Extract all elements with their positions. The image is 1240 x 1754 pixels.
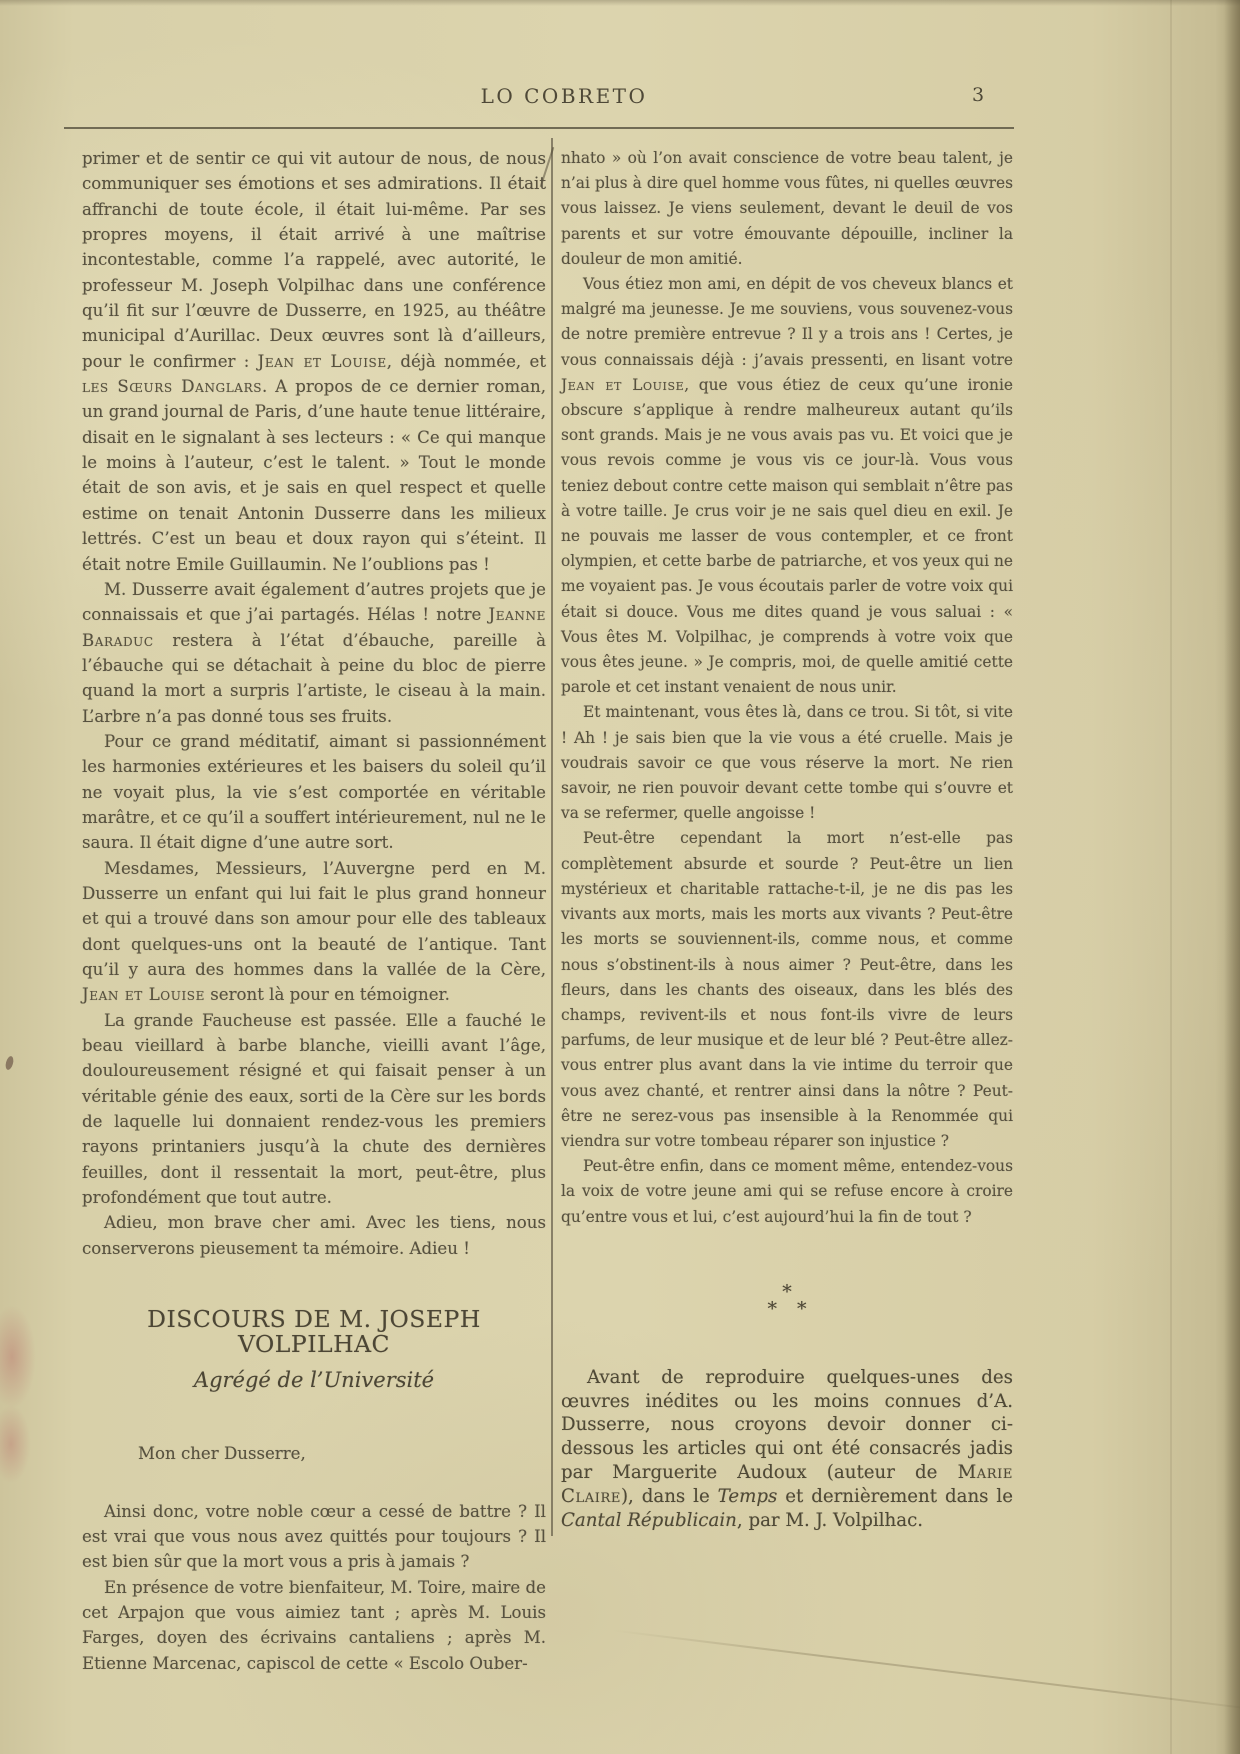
body-paragraph: Peut-être cependant la mort n’est-elle p… [561,826,1013,1154]
paper-stain [0,1398,34,1490]
discourse-subheading: Agrégé de l’Université [82,1368,546,1393]
body-paragraph: Pour ce grand méditatif, aimant si passi… [82,729,546,856]
body-paragraph: nhato » où l’on avait conscience de votr… [561,146,1013,272]
body-paragraph: Et maintenant, vous êtes là, dans ce tro… [561,700,1013,826]
body-paragraph: La grande Faucheuse est passée. Elle a f… [82,1008,546,1211]
diagonal-crease [612,1629,1240,1716]
page-number: 3 [972,84,984,106]
body-paragraph: Mesdames, Messieurs, l’Auvergne perd en … [82,856,546,1008]
ink-speck [4,1055,14,1070]
asterisk-separator: * * * [561,1284,1013,1318]
publication-title: LO COBRETO [0,84,1128,108]
body-paragraph: En présence de votre bienfaiteur, M. Toi… [82,1575,546,1676]
top-edge-shadow [0,0,1240,6]
body-paragraph: Ainsi donc, votre noble cœur a cessé de … [82,1499,546,1575]
page-edge-shadow [1224,0,1240,1754]
body-paragraph: Peut-être enfin, dans ce moment même, en… [561,1154,1013,1230]
right-column: nhato » où l’on avait conscience de votr… [561,146,1013,1532]
outro-paragraph: Avant de reproduire quelques-unes des œu… [561,1366,1013,1533]
body-paragraph: primer et de sentir ce qui vit autour de… [82,146,546,577]
body-paragraph: Vous étiez mon ami, en dépit de vos chev… [561,272,1013,700]
header-rule [64,127,1014,129]
asterisk-separator-bottom: * * [561,1301,1013,1318]
column-divider [551,138,553,1536]
body-paragraph: Adieu, mon brave cher ami. Avec les tien… [82,1210,546,1261]
discourse-heading: DISCOURS DE M. JOSEPH VOLPILHAC [82,1307,546,1358]
salutation: Mon cher Dusserre, [82,1441,546,1466]
body-paragraph: M. Dusserre avait également d’autres pro… [82,577,546,729]
left-column: primer et de sentir ce qui vit autour de… [82,146,546,1676]
vertical-crease [1170,0,1172,1754]
scanned-newspaper-page: LO COBRETO 3 primer et de sentir ce qui … [0,0,1240,1754]
